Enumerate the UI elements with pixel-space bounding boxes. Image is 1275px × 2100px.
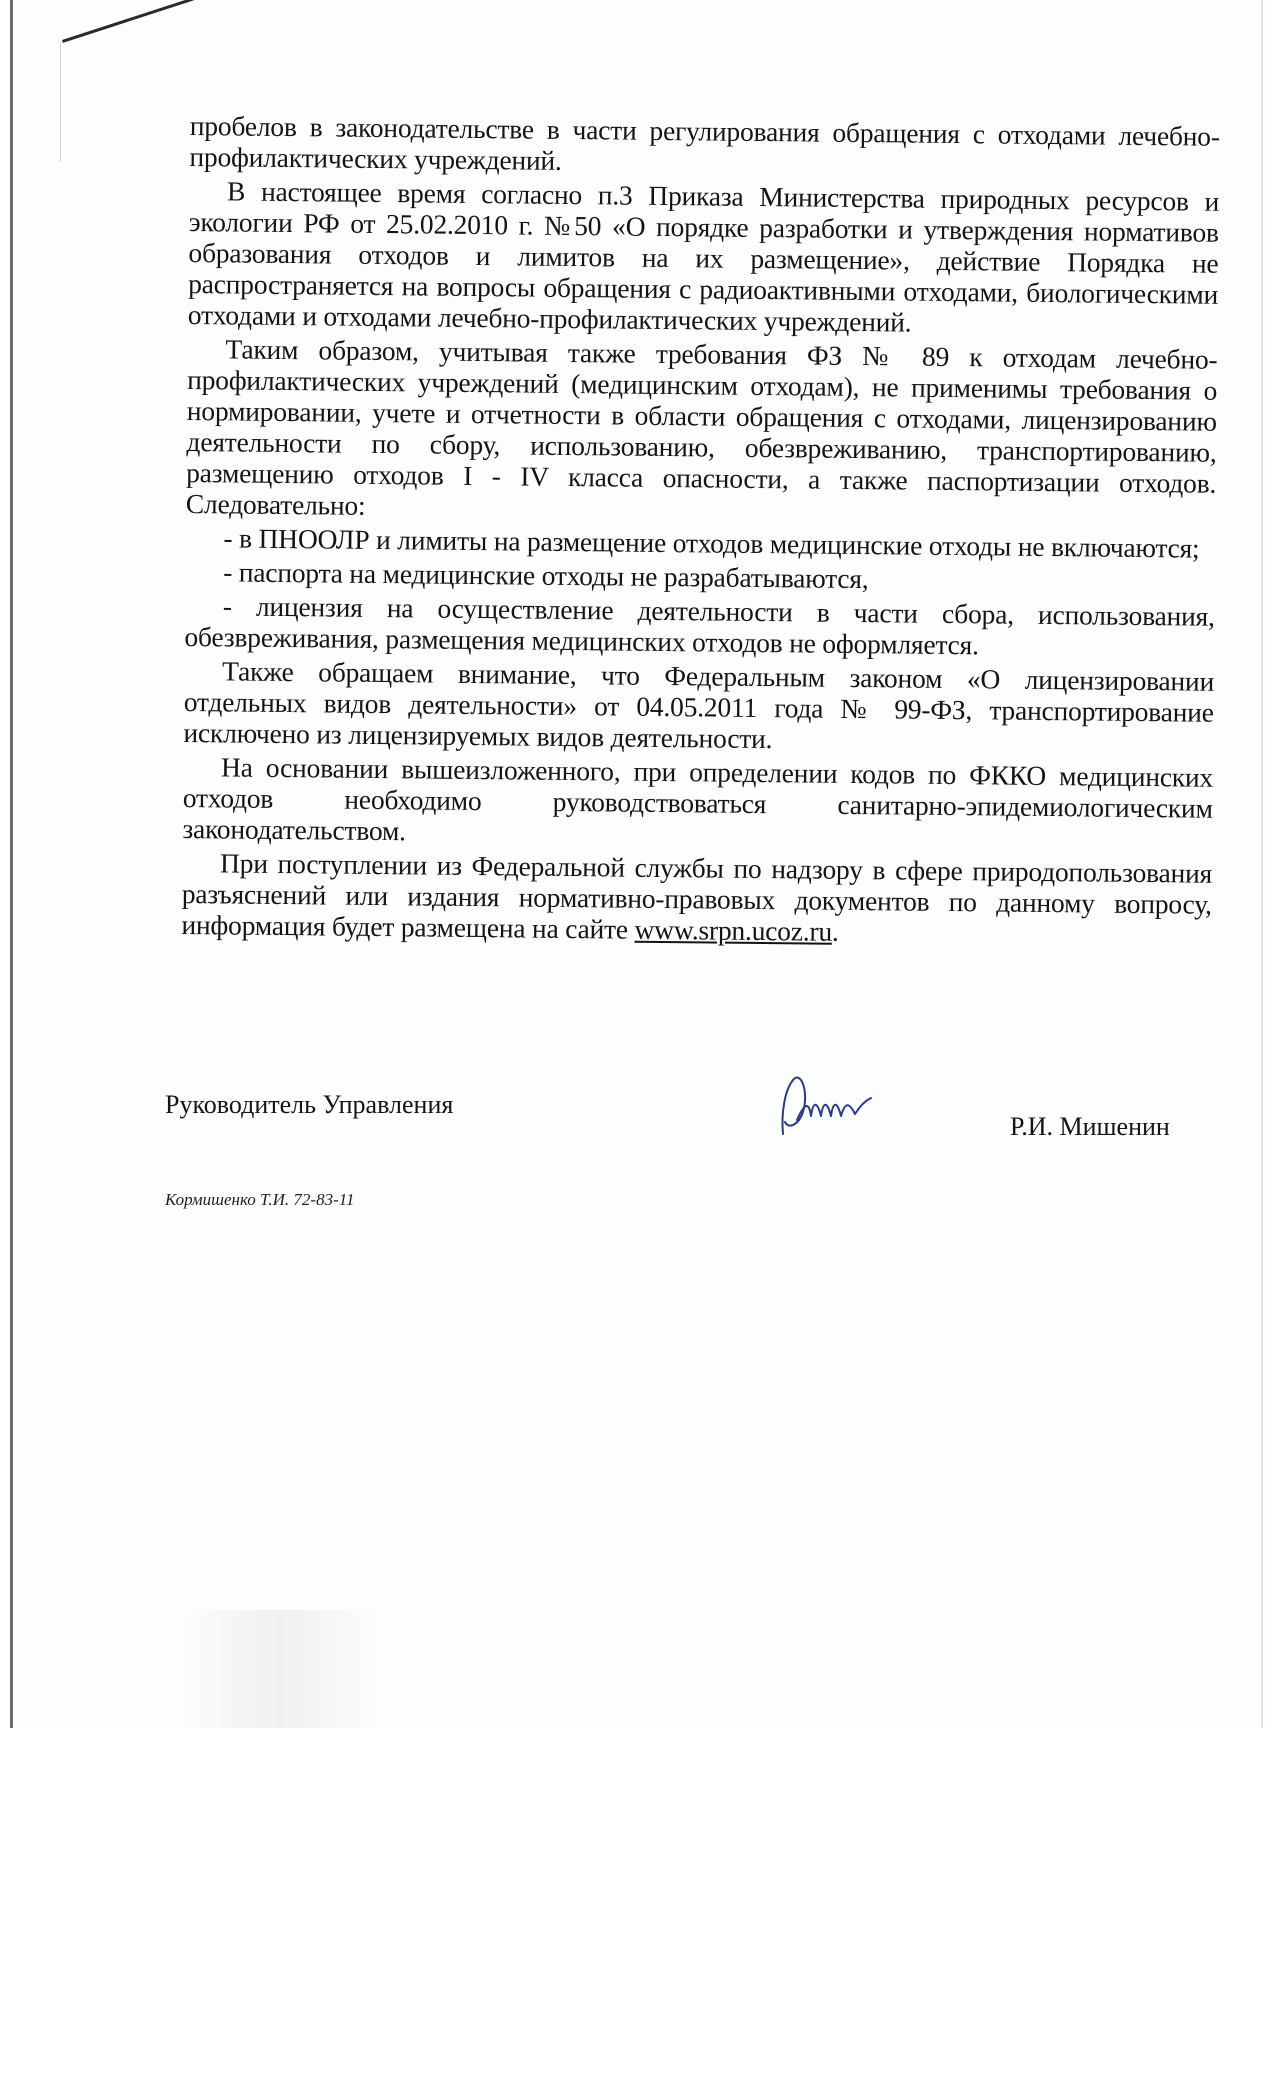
scan-edge xyxy=(1261,0,1263,1728)
website-link[interactable]: www.srpn.ucoz.ru xyxy=(634,914,832,947)
paragraph-order-reference: В настоящее время согласно п.3 Приказа М… xyxy=(188,175,1220,341)
paragraph-continuation: пробелов в законодательстве в части регу… xyxy=(189,110,1220,183)
position-title: Руководитель Управления xyxy=(165,1090,453,1120)
paragraph-conclusion: Таким образом, учитывая также требования… xyxy=(186,333,1218,530)
scan-shadow xyxy=(180,1610,380,1728)
letter-body: пробелов в законодательстве в части регу… xyxy=(181,110,1220,954)
paragraph-fkko: На основании вышеизложенного, при опреде… xyxy=(182,751,1213,855)
executor-contact: Кормишенко Т.И. 72-83-11 xyxy=(165,1190,354,1210)
paragraph-website-info: При поступлении из Федеральной службы по… xyxy=(181,847,1212,951)
website-info-end: . xyxy=(832,916,839,947)
paragraph-licensing-law: Также обращаем внимание, что Федеральным… xyxy=(183,655,1214,759)
page-edge-line xyxy=(60,42,61,162)
signer-name: Р.И. Мишенин xyxy=(1010,1112,1170,1142)
signature-block: Руководитель Управления Р.И. Мишенин xyxy=(165,1090,1225,1170)
handwritten-signature-icon xyxy=(775,1072,885,1142)
list-item-license: - лицензия на осуществление деятельности… xyxy=(184,590,1215,663)
